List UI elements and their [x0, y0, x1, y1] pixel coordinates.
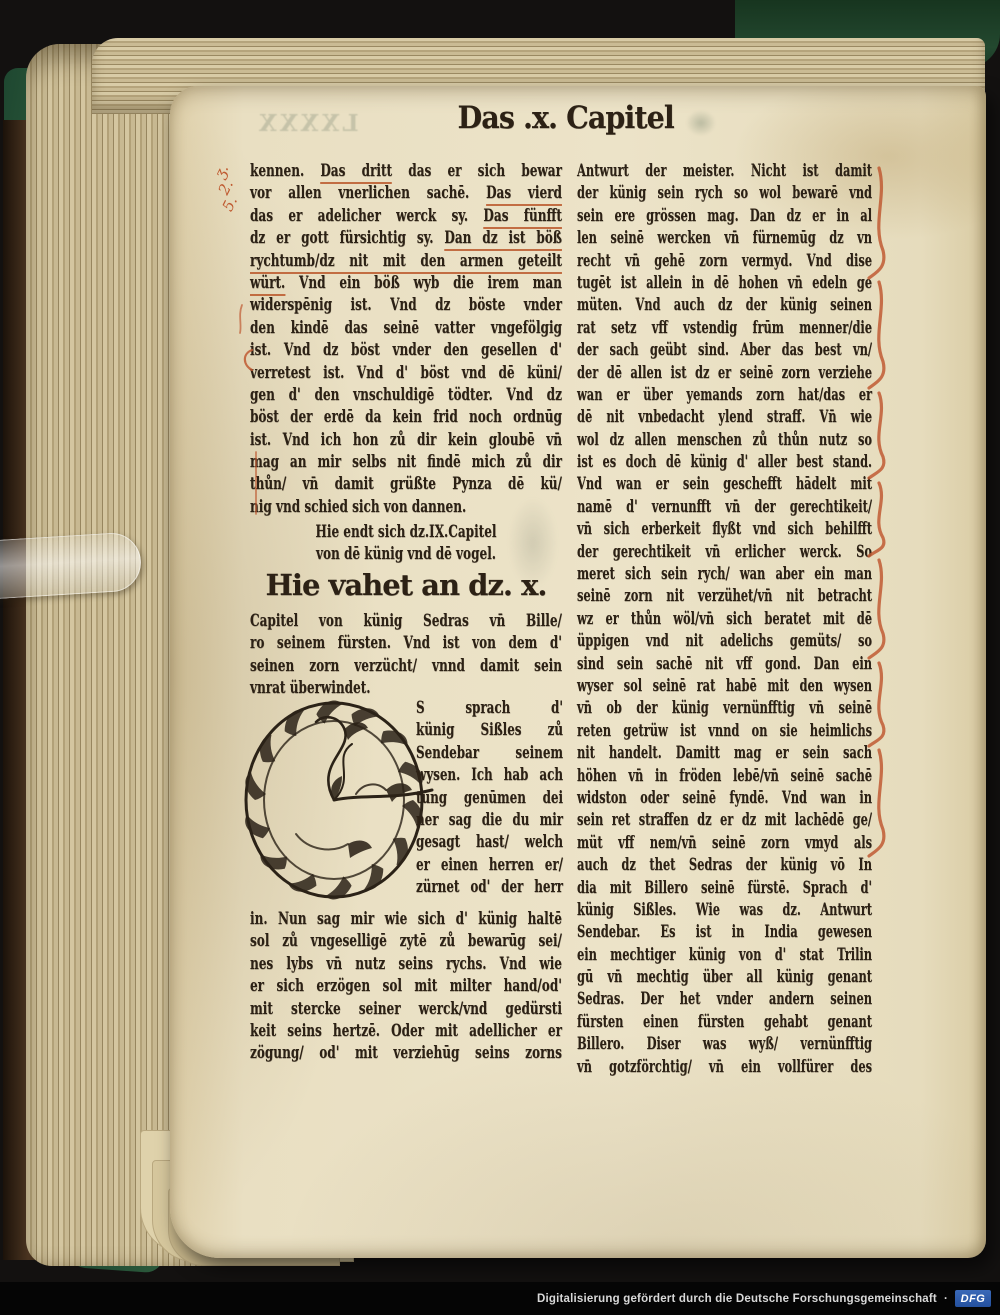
digitization-caption: Digitalisierung gefördert durch die Deut…: [537, 1293, 937, 1305]
show-through-folio-number: LXXXX: [256, 110, 359, 137]
caption-separator: ·: [944, 1293, 948, 1305]
page-title: Das .x. Capitel: [446, 100, 685, 136]
chapter-ix-colophon: Hie endt sich dz.IX.Capitelvon dē künig …: [250, 521, 562, 566]
initial-block: S sprach d'künig Sißles zůSendebar seine…: [250, 694, 565, 906]
right-column-text: Antwurt der meister. Nicht ist damitder …: [577, 160, 872, 1078]
chapter-x-heading: Hie vahet an dz. x.: [250, 568, 562, 602]
dfg-logo: DFG: [955, 1290, 991, 1307]
left-column-paragraph-1: kennen. Das dritt das er sich bewarvor a…: [250, 160, 562, 518]
ink-show-through-blot: [686, 110, 716, 136]
initial-wrapped-text: S sprach d'künig Sißles zůSendebar seine…: [416, 697, 563, 899]
book-scan-photo: LXXXX Das .x. Capitel kennen. Das dritt …: [0, 0, 1000, 1315]
woodcut-initial-E: [236, 694, 442, 902]
left-column-paragraph-2: in. Nun sag mir wie sich d' künig haltēs…: [250, 908, 562, 1065]
digitization-caption-bar: Digitalisierung gefördert durch die Deut…: [0, 1282, 1000, 1315]
chapter-x-intro: Capitel von künig Sedras vn̄ Bille/ro se…: [250, 610, 562, 700]
page-holder-clip: [0, 531, 143, 600]
